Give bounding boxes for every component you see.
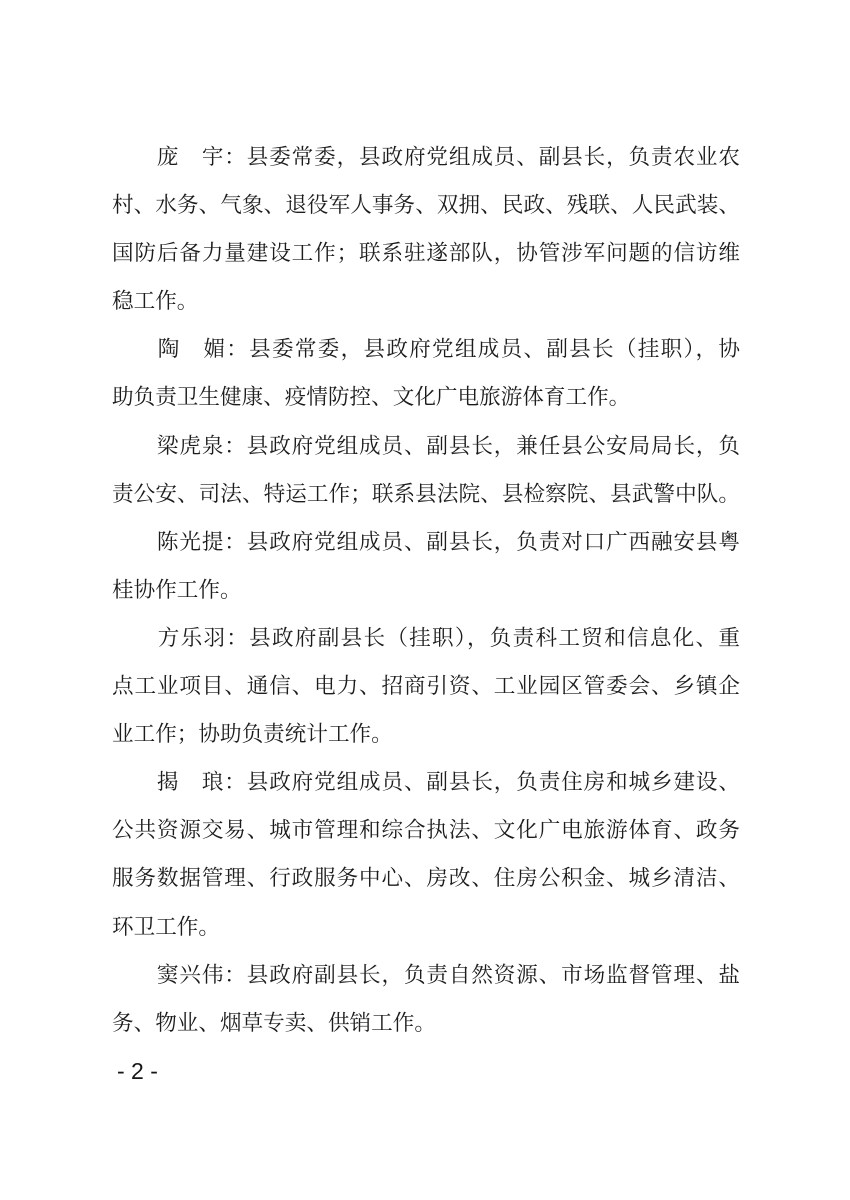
text-line: 国防后备力量建设工作；联系驻遂部队，协管涉军问题的信访维 bbox=[112, 229, 740, 277]
page-number: - 2 - bbox=[117, 1057, 158, 1085]
text-line: 稳工作。 bbox=[112, 277, 740, 325]
text-line: 村、水务、气象、退役军人事务、双拥、民政、残联、人民武装、 bbox=[112, 181, 740, 229]
text-line: 陶 媚：县委常委，县政府党组成员、副县长（挂职），协 bbox=[112, 325, 740, 373]
text-line: 务、物业、烟草专卖、供销工作。 bbox=[112, 999, 740, 1047]
paragraph: 庞 宇：县委常委，县政府党组成员、副县长，负责农业农村、水务、气象、退役军人事务… bbox=[112, 133, 740, 325]
text-line: 方乐羽：县政府副县长（挂职），负责科工贸和信息化、重 bbox=[112, 614, 740, 662]
text-line: 点工业项目、通信、电力、招商引资、工业园区管委会、乡镇企 bbox=[112, 662, 740, 710]
text-line: 桂协作工作。 bbox=[112, 566, 740, 614]
paragraph: 陶 媚：县委常委，县政府党组成员、副县长（挂职），协助负责卫生健康、疫情防控、文… bbox=[112, 325, 740, 421]
text-line: 业工作；协助负责统计工作。 bbox=[112, 710, 740, 758]
paragraph: 揭 琅：县政府党组成员、副县长，负责住房和城乡建设、公共资源交易、城市管理和综合… bbox=[112, 758, 740, 950]
text-line: 庞 宇：县委常委，县政府党组成员、副县长，负责农业农 bbox=[112, 133, 740, 181]
text-line: 梁虎泉：县政府党组成员、副县长，兼任县公安局局长，负 bbox=[112, 422, 740, 470]
text-line: 环卫工作。 bbox=[112, 903, 740, 951]
paragraph: 梁虎泉：县政府党组成员、副县长，兼任县公安局局长，负责公安、司法、特运工作；联系… bbox=[112, 422, 740, 518]
paragraph: 方乐羽：县政府副县长（挂职），负责科工贸和信息化、重点工业项目、通信、电力、招商… bbox=[112, 614, 740, 758]
text-line: 责公安、司法、特运工作；联系县法院、县检察院、县武警中队。 bbox=[112, 470, 740, 518]
text-line: 窦兴伟：县政府副县长，负责自然资源、市场监督管理、盐 bbox=[112, 951, 740, 999]
text-line: 助负责卫生健康、疫情防控、文化广电旅游体育工作。 bbox=[112, 373, 740, 421]
document-page: 庞 宇：县委常委，县政府党组成员、副县长，负责农业农村、水务、气象、退役军人事务… bbox=[0, 0, 850, 1200]
document-body: 庞 宇：县委常委，县政府党组成员、副县长，负责农业农村、水务、气象、退役军人事务… bbox=[112, 133, 740, 1047]
text-line: 陈光提：县政府党组成员、副县长，负责对口广西融安县粤 bbox=[112, 518, 740, 566]
text-line: 揭 琅：县政府党组成员、副县长，负责住房和城乡建设、 bbox=[112, 758, 740, 806]
text-line: 服务数据管理、行政服务中心、房改、住房公积金、城乡清洁、 bbox=[112, 854, 740, 902]
paragraph: 陈光提：县政府党组成员、副县长，负责对口广西融安县粤桂协作工作。 bbox=[112, 518, 740, 614]
text-line: 公共资源交易、城市管理和综合执法、文化广电旅游体育、政务 bbox=[112, 806, 740, 854]
paragraph: 窦兴伟：县政府副县长，负责自然资源、市场监督管理、盐务、物业、烟草专卖、供销工作… bbox=[112, 951, 740, 1047]
